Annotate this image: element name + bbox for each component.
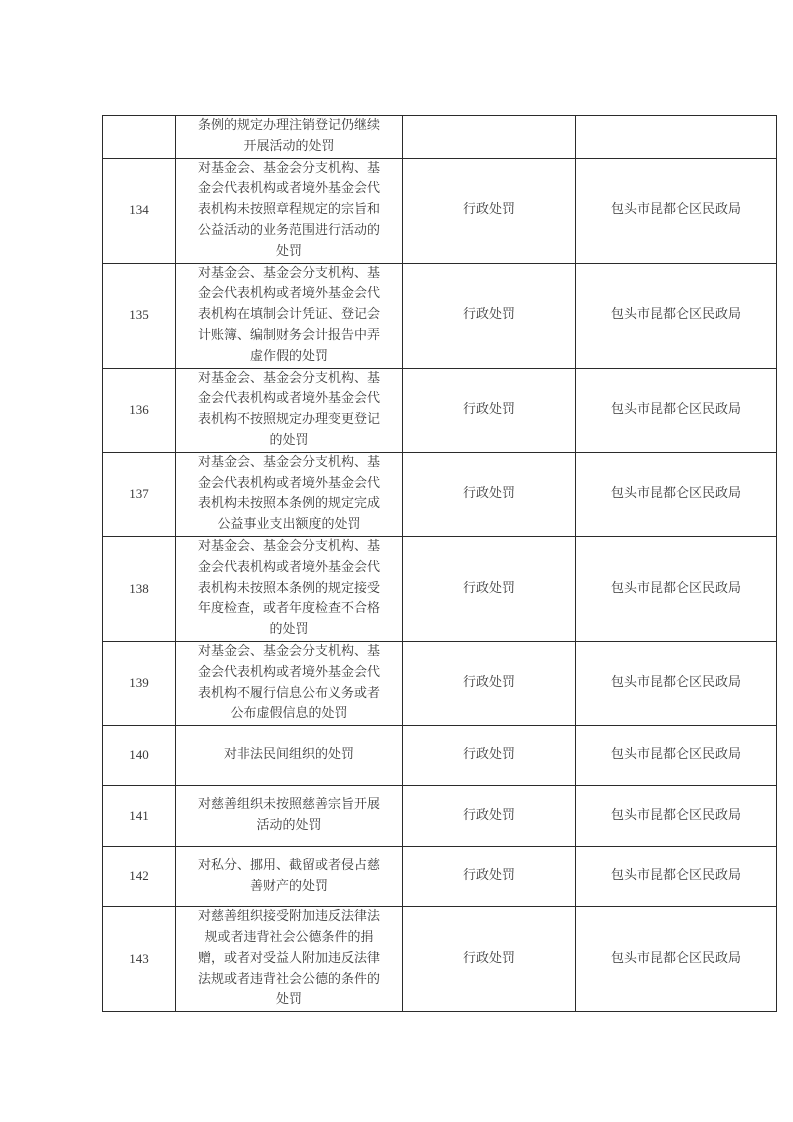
item-name-line: 法规或者违背社会公德的条件的 — [182, 970, 396, 991]
item-name-line: 对基金会、基金会分支机构、基 — [182, 537, 396, 558]
item-number-cell: 137 — [103, 452, 176, 536]
item-name-cell: 对慈善组织未按照慈善宗旨开展活动的处罚 — [176, 786, 403, 847]
item-number-cell: 134 — [103, 158, 176, 263]
item-name-line: 对基金会、基金会分支机构、基 — [182, 453, 396, 474]
item-name-line: 对基金会、基金会分支机构、基 — [182, 159, 396, 180]
responsible-department-cell: 包头市昆都仑区民政局 — [576, 726, 777, 786]
item-name-line: 公益事业支出额度的处罚 — [182, 515, 396, 536]
item-name-line: 表机构未按照本条例的规定接受 — [182, 579, 396, 600]
item-name-line: 开展活动的处罚 — [182, 137, 396, 158]
item-name-line: 处罚 — [182, 990, 396, 1011]
table-row: 137对基金会、基金会分支机构、基金会代表机构或者境外基金会代表机构未按照本条例… — [103, 452, 777, 536]
responsible-department-cell: 包头市昆都仑区民政局 — [576, 263, 777, 368]
item-name-line: 计账簿、编制财务会计报告中弄 — [182, 326, 396, 347]
item-name-line: 金会代表机构或者境外基金会代 — [182, 284, 396, 305]
responsible-department-cell: 包头市昆都仑区民政局 — [576, 641, 777, 725]
item-type-cell: 行政处罚 — [403, 786, 576, 847]
item-name-line: 对非法民间组织的处罚 — [182, 745, 396, 766]
item-name-line: 年度检查，或者年度检查不合格 — [182, 599, 396, 620]
item-name-line: 金会代表机构或者境外基金会代 — [182, 389, 396, 410]
item-name-cell: 对基金会、基金会分支机构、基金会代表机构或者境外基金会代表机构在填制会计凭证、登… — [176, 263, 403, 368]
item-type-cell: 行政处罚 — [403, 368, 576, 452]
table-body: 条例的规定办理注销登记仍继续开展活动的处罚134对基金会、基金会分支机构、基金会… — [103, 116, 777, 1012]
item-name-line: 表机构在填制会计凭证、登记会 — [182, 305, 396, 326]
item-type-cell: 行政处罚 — [403, 847, 576, 907]
item-name-cell: 对非法民间组织的处罚 — [176, 726, 403, 786]
item-name-line: 赠，或者对受益人附加违反法律 — [182, 949, 396, 970]
item-name-line: 对基金会、基金会分支机构、基 — [182, 642, 396, 663]
item-number-cell: 141 — [103, 786, 176, 847]
document-page: 条例的规定办理注销登记仍继续开展活动的处罚134对基金会、基金会分支机构、基金会… — [0, 0, 793, 1122]
table-row: 139对基金会、基金会分支机构、基金会代表机构或者境外基金会代表机构不履行信息公… — [103, 641, 777, 725]
item-number-cell: 142 — [103, 847, 176, 907]
item-name-cell: 对基金会、基金会分支机构、基金会代表机构或者境外基金会代表机构不按照规定办理变更… — [176, 368, 403, 452]
table-row: 135对基金会、基金会分支机构、基金会代表机构或者境外基金会代表机构在填制会计凭… — [103, 263, 777, 368]
item-name-cell: 对基金会、基金会分支机构、基金会代表机构或者境外基金会代表机构未按照章程规定的宗… — [176, 158, 403, 263]
item-number-cell: 143 — [103, 907, 176, 1012]
table-row: 140对非法民间组织的处罚行政处罚包头市昆都仑区民政局 — [103, 726, 777, 786]
item-name-line: 对基金会、基金会分支机构、基 — [182, 369, 396, 390]
item-name-line: 金会代表机构或者境外基金会代 — [182, 179, 396, 200]
item-type-cell: 行政处罚 — [403, 536, 576, 641]
item-name-cell: 对基金会、基金会分支机构、基金会代表机构或者境外基金会代表机构未按照本条例的规定… — [176, 536, 403, 641]
item-name-cell: 对慈善组织接受附加违反法律法规或者违背社会公德条件的捐赠，或者对受益人附加违反法… — [176, 907, 403, 1012]
responsible-department-cell: 包头市昆都仑区民政局 — [576, 907, 777, 1012]
item-name-cell: 对私分、挪用、截留或者侵占慈善财产的处罚 — [176, 847, 403, 907]
table-row: 136对基金会、基金会分支机构、基金会代表机构或者境外基金会代表机构不按照规定办… — [103, 368, 777, 452]
item-type-cell — [403, 116, 576, 159]
item-number-cell — [103, 116, 176, 159]
responsible-department-cell: 包头市昆都仑区民政局 — [576, 452, 777, 536]
item-type-cell: 行政处罚 — [403, 726, 576, 786]
penalty-items-table: 条例的规定办理注销登记仍继续开展活动的处罚134对基金会、基金会分支机构、基金会… — [102, 115, 777, 1012]
responsible-department-cell: 包头市昆都仑区民政局 — [576, 786, 777, 847]
item-type-cell: 行政处罚 — [403, 452, 576, 536]
item-name-line: 金会代表机构或者境外基金会代 — [182, 663, 396, 684]
item-number-cell: 138 — [103, 536, 176, 641]
item-name-cell: 对基金会、基金会分支机构、基金会代表机构或者境外基金会代表机构不履行信息公布义务… — [176, 641, 403, 725]
item-name-line: 活动的处罚 — [182, 816, 396, 837]
item-name-line: 对私分、挪用、截留或者侵占慈 — [182, 856, 396, 877]
item-name-line: 的处罚 — [182, 431, 396, 452]
item-name-line: 金会代表机构或者境外基金会代 — [182, 558, 396, 579]
item-name-line: 的处罚 — [182, 620, 396, 641]
item-name-line: 公布虚假信息的处罚 — [182, 704, 396, 725]
item-number-cell: 139 — [103, 641, 176, 725]
item-name-line: 表机构不履行信息公布义务或者 — [182, 684, 396, 705]
table-row: 138对基金会、基金会分支机构、基金会代表机构或者境外基金会代表机构未按照本条例… — [103, 536, 777, 641]
item-number-cell: 136 — [103, 368, 176, 452]
table-row: 141对慈善组织未按照慈善宗旨开展活动的处罚行政处罚包头市昆都仑区民政局 — [103, 786, 777, 847]
item-type-cell: 行政处罚 — [403, 263, 576, 368]
responsible-department-cell: 包头市昆都仑区民政局 — [576, 847, 777, 907]
responsible-department-cell: 包头市昆都仑区民政局 — [576, 536, 777, 641]
item-name-line: 公益活动的业务范围进行活动的 — [182, 221, 396, 242]
table-row: 条例的规定办理注销登记仍继续开展活动的处罚 — [103, 116, 777, 159]
responsible-department-cell — [576, 116, 777, 159]
table-row: 143对慈善组织接受附加违反法律法规或者违背社会公德条件的捐赠，或者对受益人附加… — [103, 907, 777, 1012]
item-name-cell: 对基金会、基金会分支机构、基金会代表机构或者境外基金会代表机构未按照本条例的规定… — [176, 452, 403, 536]
item-name-line: 规或者违背社会公德条件的捐 — [182, 928, 396, 949]
item-name-line: 表机构未按照章程规定的宗旨和 — [182, 200, 396, 221]
responsible-department-cell: 包头市昆都仑区民政局 — [576, 158, 777, 263]
item-name-cell: 条例的规定办理注销登记仍继续开展活动的处罚 — [176, 116, 403, 159]
item-type-cell: 行政处罚 — [403, 641, 576, 725]
item-number-cell: 140 — [103, 726, 176, 786]
item-name-line: 条例的规定办理注销登记仍继续 — [182, 116, 396, 137]
item-name-line: 金会代表机构或者境外基金会代 — [182, 474, 396, 495]
item-name-line: 处罚 — [182, 242, 396, 263]
table-row: 142对私分、挪用、截留或者侵占慈善财产的处罚行政处罚包头市昆都仑区民政局 — [103, 847, 777, 907]
item-name-line: 对慈善组织未按照慈善宗旨开展 — [182, 795, 396, 816]
item-number-cell: 135 — [103, 263, 176, 368]
item-name-line: 表机构未按照本条例的规定完成 — [182, 494, 396, 515]
item-type-cell: 行政处罚 — [403, 907, 576, 1012]
item-name-line: 对基金会、基金会分支机构、基 — [182, 264, 396, 285]
table-row: 134对基金会、基金会分支机构、基金会代表机构或者境外基金会代表机构未按照章程规… — [103, 158, 777, 263]
responsible-department-cell: 包头市昆都仑区民政局 — [576, 368, 777, 452]
item-name-line: 虚作假的处罚 — [182, 347, 396, 368]
item-type-cell: 行政处罚 — [403, 158, 576, 263]
item-name-line: 对慈善组织接受附加违反法律法 — [182, 907, 396, 928]
item-name-line: 善财产的处罚 — [182, 877, 396, 898]
item-name-line: 表机构不按照规定办理变更登记 — [182, 410, 396, 431]
